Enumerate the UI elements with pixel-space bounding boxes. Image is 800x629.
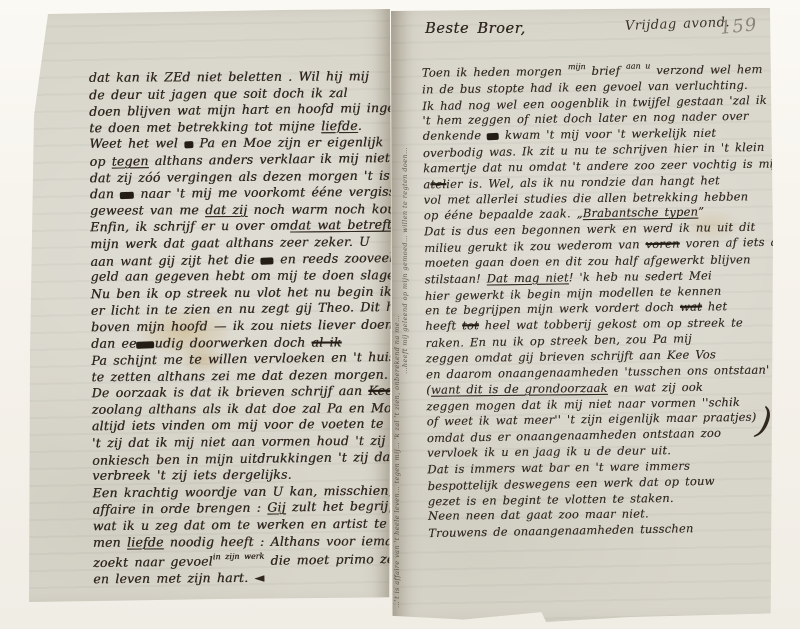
handwritten-line: zoekt naar gevoelin zijn werk die moet p… <box>93 548 385 572</box>
letter-page-right: Beste Broer, Vrijdag avond. 159 Toen ik … <box>391 8 773 622</box>
handwritten-line: zoolang althans als ik dat doe zal Pa en… <box>92 400 384 418</box>
handwritten-line: (want dit is de grondoorzaak en wat zij … <box>426 379 768 398</box>
handwritten-line: geld aan gegeven hebt om mij te doen sla… <box>91 267 383 285</box>
handwritten-text-right: Toen ik heden morgen mijn brief aan u ve… <box>422 58 771 542</box>
margin-annotation: …heeft mij geleend op mijn gemoed… wille… <box>401 44 409 374</box>
handwritten-line: De oorzaak is dat ik brieven schrijf aan… <box>91 383 383 402</box>
salutation: Beste Broer, <box>425 21 526 37</box>
handwritten-line: dan naar 't mij me voorkomt ééne vergiss… <box>90 184 382 203</box>
page-number: 159 <box>719 14 758 39</box>
handwritten-line: wat ik u zeg dat om te werken en artist … <box>93 516 385 535</box>
handwritten-line: en leven met zijn hart. ◄ <box>93 569 385 588</box>
handwritten-line: boven mijn hoofd — ik zou niets liever d… <box>91 317 383 336</box>
letter-scan: dat kan ik ZEd niet beletten . Wil hij m… <box>0 0 800 629</box>
dateline: Vrijdag avond. <box>625 15 731 34</box>
handwritten-text-left: dat kan ik ZEd niet beletten . Wil hij m… <box>89 68 386 588</box>
handwritten-line: vol met allerlei studies die allen betre… <box>424 189 766 208</box>
handwritten-line: dat kan ik ZEd niet beletten . Wil hij m… <box>89 68 381 86</box>
margin-annotation: …'t is affaire van 't heele leven… tegen… <box>393 68 401 608</box>
handwritten-line: verbreek 't zij iets dergelijks. <box>92 466 384 484</box>
handwritten-line: Toen ik heden morgen mijn brief aan u ve… <box>422 58 764 81</box>
letter-page-left: dat kan ik ZEd niet beletten . Wil hij m… <box>29 9 391 602</box>
handwritten-line: geweest van me dat zij noch warm noch ko… <box>90 201 382 219</box>
